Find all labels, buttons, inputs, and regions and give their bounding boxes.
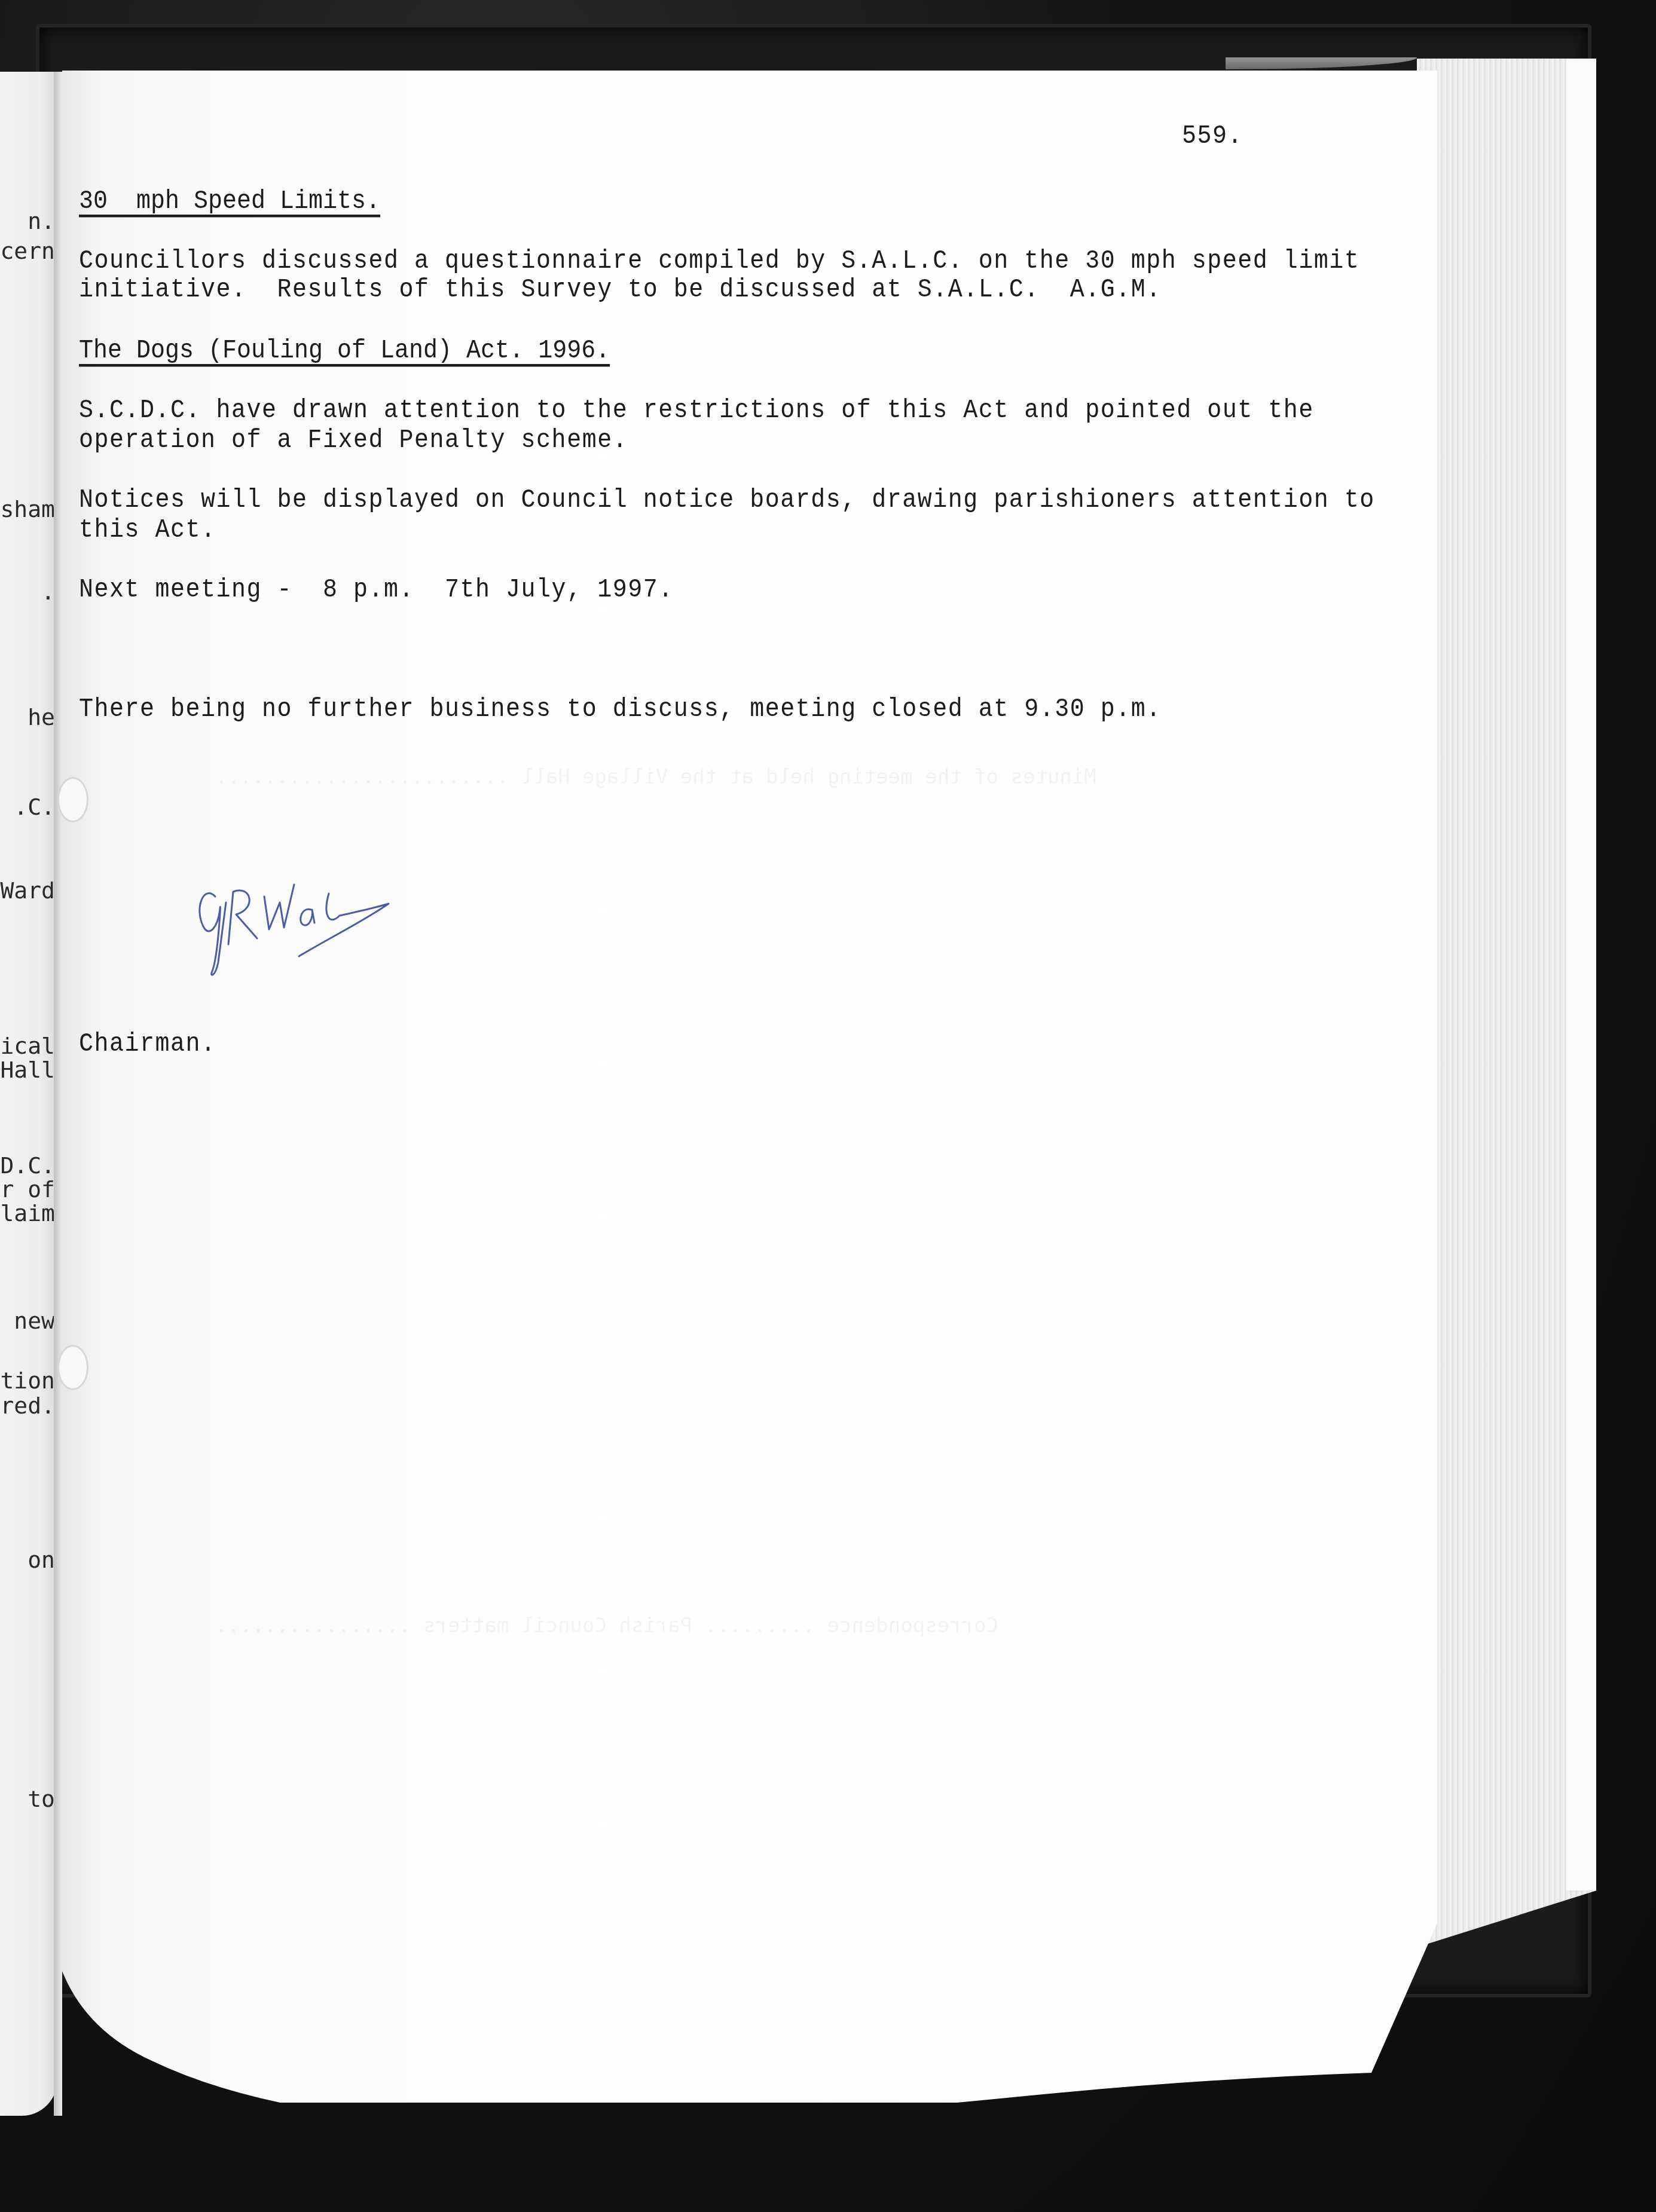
left-page-text: cern	[0, 238, 55, 264]
left-page-text: r. Ward	[0, 877, 55, 904]
section-heading-speed-limits: 30 mph Speed Limits.	[79, 186, 380, 216]
paragraph-line: this Act.	[79, 515, 216, 545]
left-page-text: action	[0, 1367, 55, 1394]
page-edge-stack	[1417, 59, 1596, 1947]
next-meeting-line: Next meeting - 8 p.m. 7th July, 1997.	[79, 575, 674, 605]
left-page-text: Lesham	[0, 496, 55, 522]
left-page-text: on	[28, 1547, 55, 1573]
show-through-text: Minutes of the meeting held at the Villa…	[215, 765, 1096, 789]
left-page-text: for new	[0, 1308, 55, 1334]
left-page-text: claim	[0, 1200, 55, 1226]
left-page-text: .	[41, 579, 55, 605]
document-page	[62, 71, 1437, 2103]
signature-label: Chairman.	[79, 1029, 216, 1059]
book-gutter	[54, 72, 62, 2116]
left-page-fragment: n. cern Lesham . he .C. r. Ward ctrical …	[0, 72, 57, 2116]
paragraph-line: S.C.D.C. have drawn attention to the res…	[79, 396, 1314, 426]
left-page-text: ge Hall	[0, 1057, 55, 1083]
left-page-text: .C.	[14, 794, 55, 820]
left-page-text: ctrical	[0, 1033, 55, 1059]
left-page-text: he	[28, 704, 55, 730]
left-page-text: to	[28, 1786, 55, 1812]
page-number: 559.	[1182, 121, 1243, 151]
left-page-text: ur of	[0, 1176, 55, 1203]
binding-hole	[57, 1345, 88, 1390]
paragraph-line: initiative. Results of this Survey to be…	[79, 275, 1162, 305]
paragraph-line: operation of a Fixed Penalty scheme.	[79, 426, 628, 455]
show-through-text: Correspondence ......... Parish Council …	[215, 1614, 998, 1638]
paragraph-line: Councillors discussed a questionnaire co…	[79, 246, 1359, 276]
closing-line: There being no further business to discu…	[79, 694, 1162, 724]
signature-icon	[191, 861, 454, 980]
page-edge-highlight	[1566, 59, 1596, 1890]
left-page-text: D.C.	[0, 1152, 55, 1179]
section-heading-dogs-act: The Dogs (Fouling of Land) Act. 1996.	[79, 336, 610, 366]
left-page-text: n.	[28, 208, 55, 234]
left-page-text: red.	[0, 1393, 55, 1419]
paragraph-line: Notices will be displayed on Council not…	[79, 485, 1375, 515]
binding-hole	[57, 777, 88, 822]
